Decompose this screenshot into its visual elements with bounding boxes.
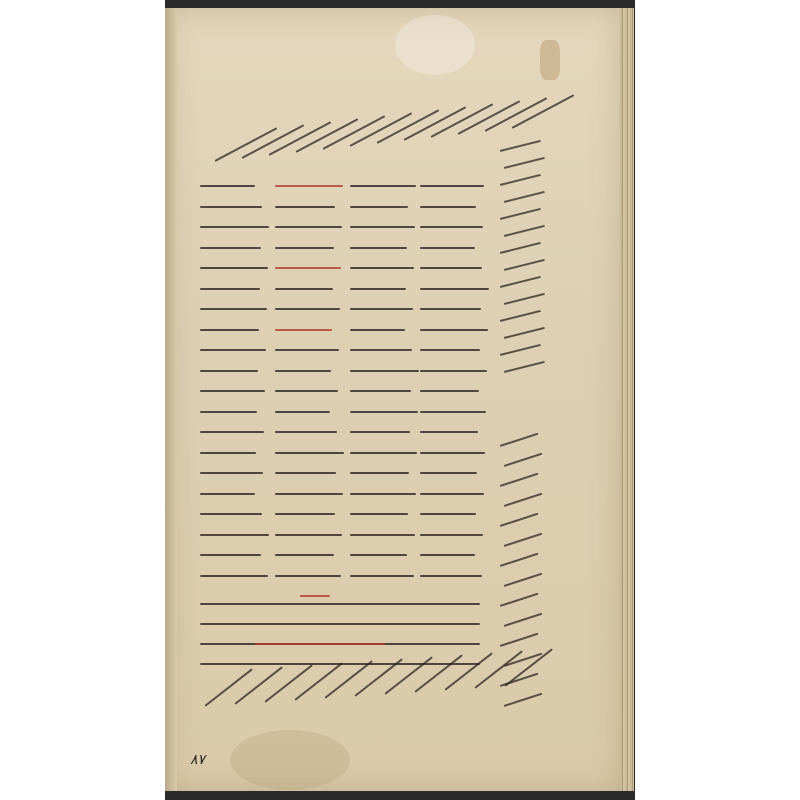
script-line <box>275 329 332 331</box>
script-line <box>200 513 262 515</box>
script-line <box>350 493 416 495</box>
script-line <box>350 575 414 577</box>
script-line <box>420 370 487 372</box>
script-line <box>350 329 405 331</box>
script-line <box>200 349 266 351</box>
manuscript-page <box>168 8 620 791</box>
script-line <box>275 411 330 413</box>
script-line <box>275 206 335 208</box>
script-line <box>275 431 337 433</box>
script-line <box>420 308 481 310</box>
page-edges <box>620 8 634 791</box>
script-line <box>200 370 258 372</box>
script-line <box>350 452 417 454</box>
stain <box>540 40 560 80</box>
script-line <box>350 226 415 228</box>
script-line <box>200 411 257 413</box>
script-line <box>200 472 263 474</box>
script-line <box>200 603 480 605</box>
page-gutter <box>165 8 177 791</box>
script-line <box>350 411 418 413</box>
script-line <box>350 206 408 208</box>
script-line <box>350 288 406 290</box>
script-line <box>420 452 485 454</box>
script-line <box>350 513 408 515</box>
script-line <box>420 247 475 249</box>
script-line <box>420 390 479 392</box>
script-line <box>420 288 489 290</box>
script-line <box>350 390 411 392</box>
script-line <box>275 185 343 187</box>
script-line <box>200 308 267 310</box>
script-line <box>200 206 262 208</box>
script-line <box>420 513 476 515</box>
script-line <box>420 267 482 269</box>
stain <box>230 730 350 790</box>
script-line <box>350 370 419 372</box>
script-line <box>275 267 341 269</box>
script-line <box>200 493 255 495</box>
script-line <box>200 288 260 290</box>
script-line <box>420 349 480 351</box>
script-line <box>275 288 333 290</box>
script-line <box>420 472 477 474</box>
script-line <box>200 431 264 433</box>
script-line <box>275 472 336 474</box>
script-line <box>420 185 484 187</box>
script-line <box>350 431 410 433</box>
script-line <box>350 247 407 249</box>
script-line <box>275 226 342 228</box>
stain <box>395 15 475 75</box>
script-line <box>350 267 414 269</box>
script-line <box>200 226 269 228</box>
script-line <box>275 370 331 372</box>
script-line <box>200 247 261 249</box>
script-line <box>420 575 482 577</box>
script-line <box>275 534 342 536</box>
script-line <box>420 431 478 433</box>
script-line <box>255 643 385 645</box>
script-line <box>275 247 334 249</box>
script-line <box>275 513 335 515</box>
script-line <box>420 206 476 208</box>
script-line <box>350 308 413 310</box>
script-line <box>200 185 255 187</box>
script-line <box>200 452 256 454</box>
script-line <box>200 554 261 556</box>
script-line <box>300 595 330 597</box>
script-line <box>350 534 415 536</box>
script-line <box>420 329 488 331</box>
script-line <box>275 308 340 310</box>
script-line <box>275 493 343 495</box>
script-line <box>200 575 268 577</box>
script-line <box>420 493 484 495</box>
script-line <box>275 554 334 556</box>
script-line <box>200 267 268 269</box>
script-line <box>200 623 480 625</box>
script-line <box>275 349 339 351</box>
script-line <box>350 349 412 351</box>
script-line <box>200 534 269 536</box>
script-line <box>275 390 338 392</box>
script-line <box>200 329 259 331</box>
script-line <box>350 472 409 474</box>
script-line <box>420 554 475 556</box>
script-line <box>200 390 265 392</box>
folio-number: ٨٧ <box>190 752 205 768</box>
script-line <box>275 575 341 577</box>
script-line <box>420 411 486 413</box>
script-line <box>420 226 483 228</box>
script-line <box>420 534 483 536</box>
script-line <box>350 554 407 556</box>
script-line <box>350 185 416 187</box>
script-line <box>275 452 344 454</box>
